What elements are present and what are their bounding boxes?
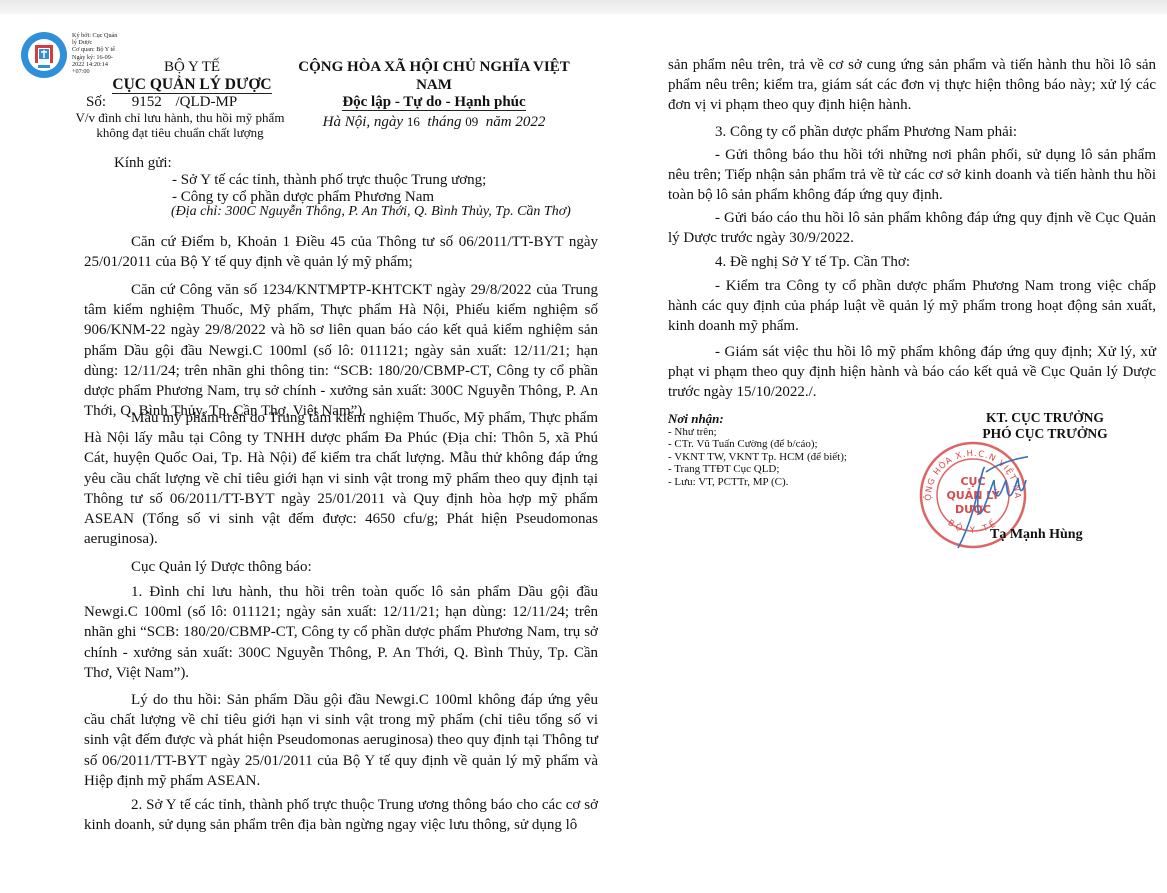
- paragraph-item-2-cont: sản phẩm nêu trên, trả về cơ sở cung ứng…: [668, 55, 1156, 116]
- paragraph-item-3a: - Gửi thông báo thu hồi tới những nơi ph…: [668, 145, 1156, 206]
- signer-name: Tạ Mạnh Hùng: [990, 527, 1083, 543]
- paragraph-legal-basis-1: Căn cứ Điểm b, Khoản 1 Điều 45 của Thông…: [84, 232, 598, 272]
- greeting: Kính gửi:: [114, 155, 172, 172]
- paragraph-item-4: 4. Đề nghị Sở Y tế Tp. Cần Thơ:: [668, 252, 1156, 272]
- paragraph-item-3b: - Gửi báo cáo thu hồi lô sản phẩm không …: [668, 208, 1156, 248]
- document-date: Hà Nội, ngày 16 tháng 09 năm 2022: [284, 111, 584, 133]
- ministry-name: BỘ Y TẾ: [92, 58, 292, 76]
- paragraph-announcement: Cục Quản lý Dược thông báo:: [84, 557, 598, 577]
- list-item: - CTr. Vũ Tuấn Cường (để b/cáo);: [668, 438, 847, 450]
- receivers-title: Nơi nhận:: [668, 411, 724, 427]
- list-item: - Trang TTĐT Cục QLD;: [668, 463, 847, 475]
- paragraph-item-4a: - Kiểm tra Công ty cổ phần dược phẩm Phư…: [668, 276, 1156, 337]
- national-title: CỘNG HÒA XÃ HỘI CHỦ NGHĨA VIỆT NAM Độc l…: [284, 58, 584, 133]
- paragraph-item-2: 2. Sở Y tế các tỉnh, thành phố trực thuộ…: [84, 795, 598, 835]
- receivers-list: - Như trên; - CTr. Vũ Tuấn Cường (để b/c…: [668, 426, 847, 488]
- list-item: - VKNT TW, VKNT Tp. HCM (để biết);: [668, 451, 847, 463]
- paragraph-item-3: 3. Công ty cổ phần dược phẩm Phương Nam …: [668, 122, 1156, 142]
- ministry-logo-icon: [20, 31, 68, 79]
- recipient-list: - Sở Y tế các tỉnh, thành phố trực thuộc…: [172, 172, 486, 206]
- document-number: Số: 9152 /QLD-MP: [86, 94, 286, 111]
- list-item: - Như trên;: [668, 426, 847, 438]
- paragraph-item-4b: - Giám sát việc thu hồi lô mỹ phẩm không…: [668, 342, 1156, 403]
- issuing-agency: BỘ Y TẾ CỤC QUẢN LÝ DƯỢC: [92, 58, 292, 94]
- agency-name: CỤC QUẢN LÝ DƯỢC: [92, 76, 292, 94]
- signatory-title: KT. CỤC TRƯỞNG PHÓ CỤC TRƯỞNG: [940, 410, 1150, 442]
- recipient-address: (Địa chỉ: 300C Nguyễn Thông, P. An Thới,…: [171, 204, 571, 220]
- svg-text:QUẢN LÝ: QUẢN LÝ: [946, 488, 1000, 502]
- document-subject: V/v đình chỉ lưu hành, thu hồi mỹ phẩm k…: [60, 110, 300, 140]
- paragraph-item-1: 1. Đình chỉ lưu hành, thu hồi trên toàn …: [84, 582, 598, 683]
- paragraph-sample-info: Mẫu mỹ phẩm trên do Trung tâm kiểm nghiệ…: [84, 408, 598, 549]
- list-item: - Lưu: VT, PCTTr, MP (C).: [668, 476, 847, 488]
- paragraph-legal-basis-2: Căn cứ Công văn số 1234/KNTMPTP-KHTCKT n…: [84, 280, 598, 421]
- viewer-top-edge: [0, 0, 1167, 14]
- paragraph-recall-reason: Lý do thu hồi: Sản phẩm Dầu gội đầu Newg…: [84, 690, 598, 791]
